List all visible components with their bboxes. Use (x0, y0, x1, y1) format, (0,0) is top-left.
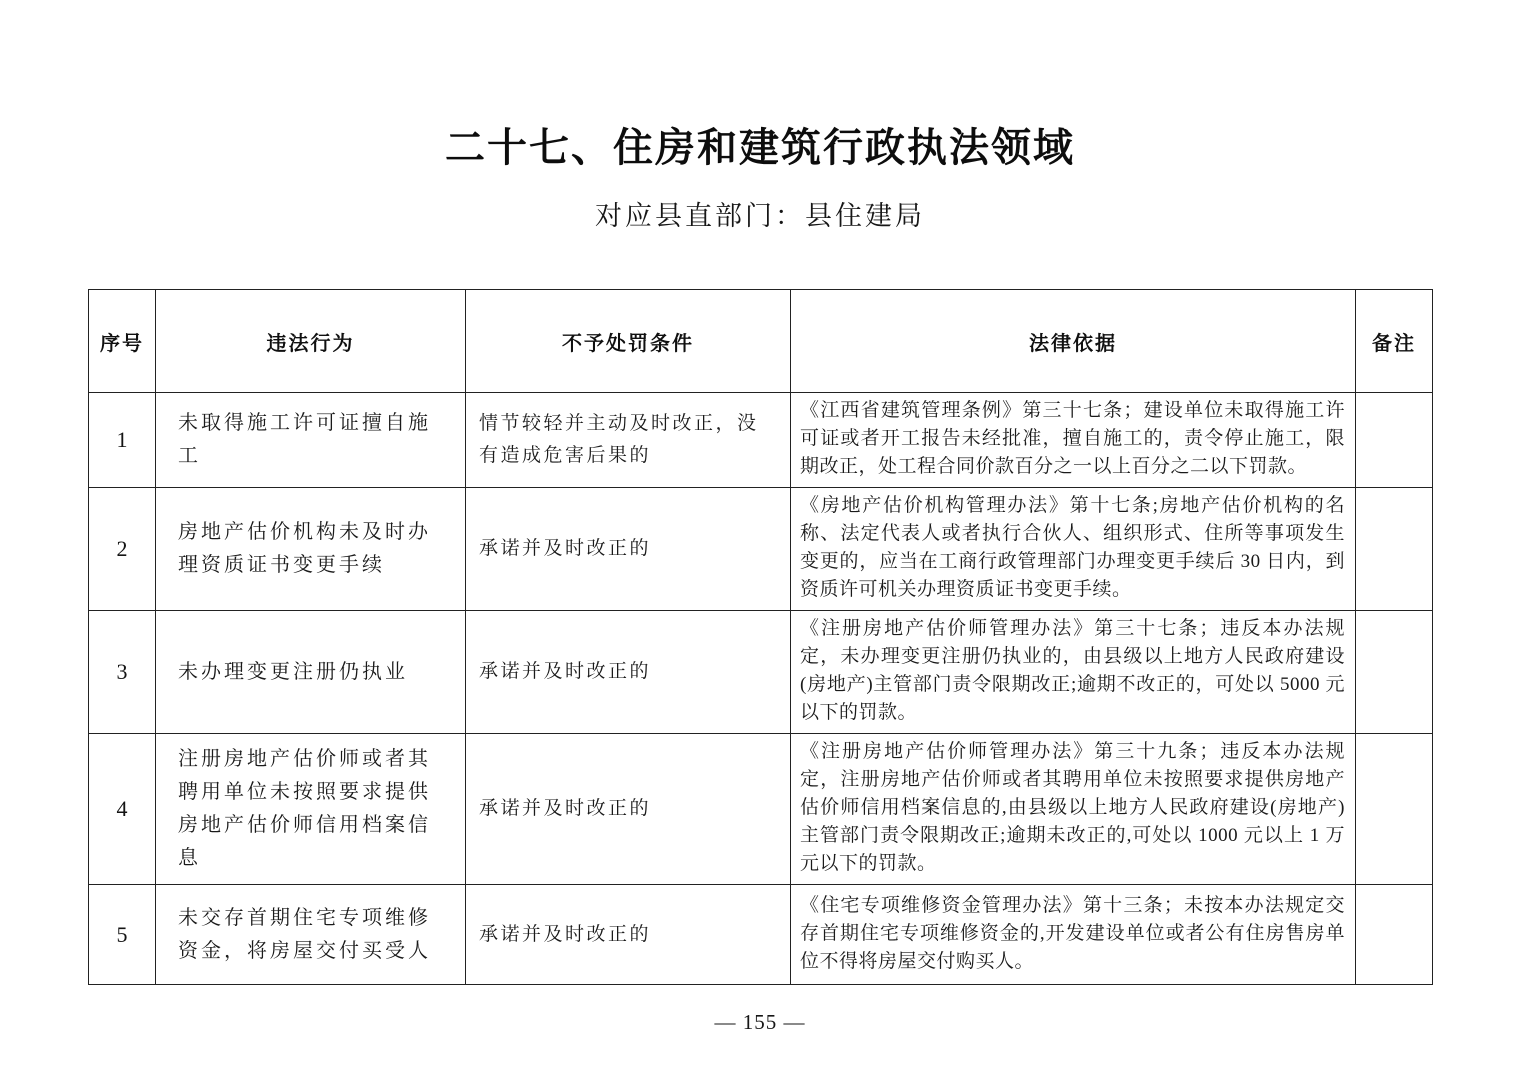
cell-legal-basis: 《住宅专项维修资金管理办法》第十三条；未按本办法规定交存首期住宅专项维修资金的,… (791, 885, 1356, 985)
cell-violation: 未取得施工许可证擅自施工 (156, 393, 466, 488)
cell-legal-basis: 《注册房地产估价师管理办法》第三十九条；违反本办法规定，注册房地产估价师或者其聘… (791, 734, 1356, 885)
page-number: — 155 — (88, 1010, 1432, 1035)
header-no-penalty-condition: 不予处罚条件 (466, 290, 791, 393)
cell-no-penalty-condition: 承诺并及时改正的 (466, 734, 791, 885)
cell-violation: 未交存首期住宅专项维修资金，将房屋交付买受人 (156, 885, 466, 985)
cell-no-penalty-condition: 承诺并及时改正的 (466, 488, 791, 611)
cell-no-penalty-condition: 承诺并及时改正的 (466, 611, 791, 734)
cell-violation: 未办理变更注册仍执业 (156, 611, 466, 734)
cell-remark (1356, 488, 1433, 611)
cell-legal-basis: 《注册房地产估价师管理办法》第三十七条；违反本办法规定，未办理变更注册仍执业的，… (791, 611, 1356, 734)
document-page: 二十七、住房和建筑行政执法领域 对应县直部门：县住建局 序号 违法行为 不予处罚… (0, 0, 1520, 1074)
page-subtitle: 对应县直部门：县住建局 (88, 194, 1432, 233)
cell-no-penalty-condition: 情节较轻并主动及时改正，没有造成危害后果的 (466, 393, 791, 488)
table-row: 2 房地产估价机构未及时办理资质证书变更手续 承诺并及时改正的 《房地产估价机构… (89, 488, 1433, 611)
cell-legal-basis: 《房地产估价机构管理办法》第十七条;房地产估价机构的名称、法定代表人或者执行合伙… (791, 488, 1356, 611)
cell-serial-number: 5 (89, 885, 156, 985)
cell-remark (1356, 611, 1433, 734)
cell-remark (1356, 393, 1433, 488)
cell-violation: 注册房地产估价师或者其聘用单位未按照要求提供房地产估价师信用档案信息 (156, 734, 466, 885)
cell-remark (1356, 734, 1433, 885)
cell-serial-number: 1 (89, 393, 156, 488)
page-title: 二十七、住房和建筑行政执法领域 (88, 0, 1432, 170)
cell-serial-number: 2 (89, 488, 156, 611)
header-serial-number: 序号 (89, 290, 156, 393)
cell-serial-number: 4 (89, 734, 156, 885)
table-header-row: 序号 违法行为 不予处罚条件 法律依据 备注 (89, 290, 1433, 393)
cell-remark (1356, 885, 1433, 985)
table-row: 5 未交存首期住宅专项维修资金，将房屋交付买受人 承诺并及时改正的 《住宅专项维… (89, 885, 1433, 985)
cell-legal-basis: 《江西省建筑管理条例》第三十七条；建设单位未取得施工许可证或者开工报告未经批准，… (791, 393, 1356, 488)
table-row: 3 未办理变更注册仍执业 承诺并及时改正的 《注册房地产估价师管理办法》第三十七… (89, 611, 1433, 734)
header-legal-basis: 法律依据 (791, 290, 1356, 393)
cell-serial-number: 3 (89, 611, 156, 734)
cell-no-penalty-condition: 承诺并及时改正的 (466, 885, 791, 985)
regulation-table: 序号 违法行为 不予处罚条件 法律依据 备注 1 未取得施工许可证擅自施工 情节… (88, 289, 1433, 985)
table-row: 4 注册房地产估价师或者其聘用单位未按照要求提供房地产估价师信用档案信息 承诺并… (89, 734, 1433, 885)
cell-violation: 房地产估价机构未及时办理资质证书变更手续 (156, 488, 466, 611)
header-remark: 备注 (1356, 290, 1433, 393)
table-row: 1 未取得施工许可证擅自施工 情节较轻并主动及时改正，没有造成危害后果的 《江西… (89, 393, 1433, 488)
header-violation: 违法行为 (156, 290, 466, 393)
